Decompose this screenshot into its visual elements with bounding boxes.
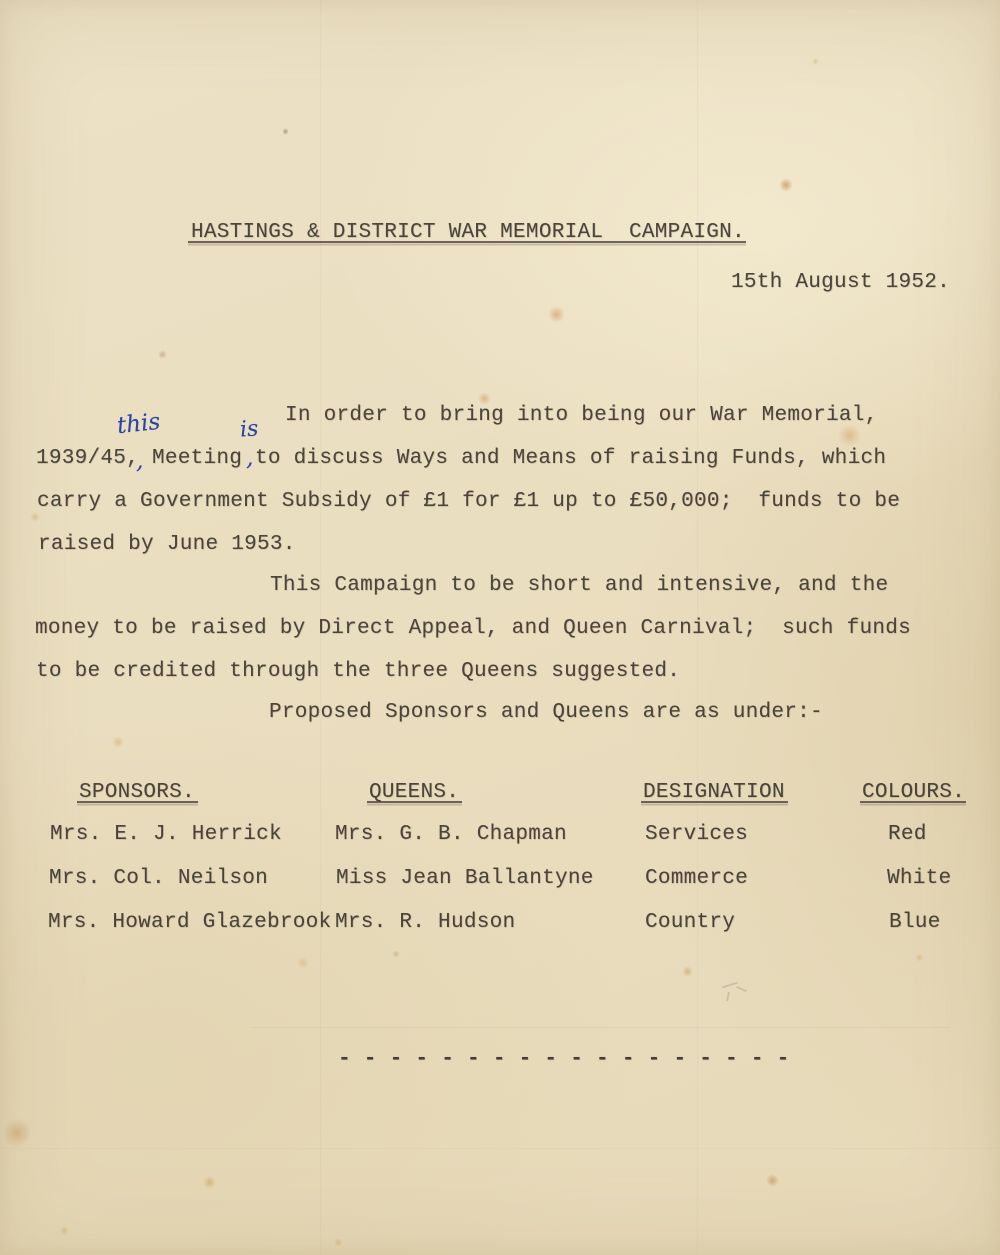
divider-dashes: - - - - - - - - - - - - - - - - - - (338, 1048, 790, 1072)
para1-line4: raised by June 1953. (38, 533, 296, 557)
table-cell-queen: Mrs. R. Hudson (335, 911, 515, 935)
insertion-caret: , (136, 450, 144, 470)
para1-line1: In order to bring into being our War Mem… (285, 404, 878, 428)
para1-line3: carry a Government Subsidy of £1 for £1 … (37, 490, 900, 514)
foxing-spot (392, 950, 400, 958)
table-cell-sponsor: Mrs. Howard Glazebrook (48, 911, 331, 935)
header-underline-sponsors (77, 801, 198, 803)
ink-fleck (283, 127, 288, 136)
pencil-mark (736, 986, 747, 992)
para2-line1: This Campaign to be short and intensive,… (270, 574, 888, 598)
title-underline (188, 241, 746, 243)
para1-line2: 1939/45, Meeting to discuss Ways and Mea… (36, 447, 886, 471)
crease-line (250, 1027, 950, 1029)
table-cell-colour: White (887, 867, 951, 891)
table-cell-queen: Miss Jean Ballantyne (336, 867, 594, 891)
foxing-spot (682, 966, 693, 977)
table-cell-queen: Mrs. G. B. Chapman (335, 823, 567, 847)
foxing-spot (2, 1118, 32, 1148)
table-cell-colour: Red (888, 823, 927, 847)
header-underline-queens (367, 801, 462, 803)
handwritten-word-this: this (116, 409, 162, 439)
date-line: 15th August 1952. (731, 271, 950, 295)
table-cell-designation: Services (645, 823, 748, 847)
foxing-spot (297, 957, 309, 969)
foxing-spot (548, 306, 565, 323)
handwritten-word-is: is (239, 416, 259, 442)
foxing-spot (812, 58, 819, 65)
document-page: HASTINGS & DISTRICT WAR MEMORIAL CAMPAIG… (0, 0, 1000, 1255)
table-cell-sponsor: Mrs. E. J. Herrick (50, 823, 282, 847)
foxing-spot (158, 350, 167, 359)
crease-line (0, 1148, 1000, 1150)
table-cell-designation: Country (645, 911, 735, 935)
header-underline-colours (860, 801, 966, 803)
foxing-spot (779, 178, 793, 192)
table-cell-designation: Commerce (645, 867, 748, 891)
table-cell-sponsor: Mrs. Col. Neilson (49, 867, 268, 891)
foxing-spot (112, 736, 124, 748)
table-cell-colour: Blue (889, 911, 941, 935)
para2-line2: money to be raised by Direct Appeal, and… (35, 617, 911, 641)
header-underline-designation (641, 801, 788, 803)
pencil-mark (726, 992, 730, 1001)
foxing-spot (334, 1238, 343, 1247)
foxing-spot (203, 1176, 216, 1189)
insertion-caret: , (246, 447, 254, 467)
pencil-mark (722, 982, 738, 989)
para3-line: Proposed Sponsors and Queens are as unde… (269, 701, 823, 725)
foxing-spot (60, 1226, 69, 1235)
foxing-spot (766, 1174, 779, 1187)
para2-line3: to be credited through the three Queens … (36, 660, 680, 684)
foxing-spot (915, 953, 924, 962)
